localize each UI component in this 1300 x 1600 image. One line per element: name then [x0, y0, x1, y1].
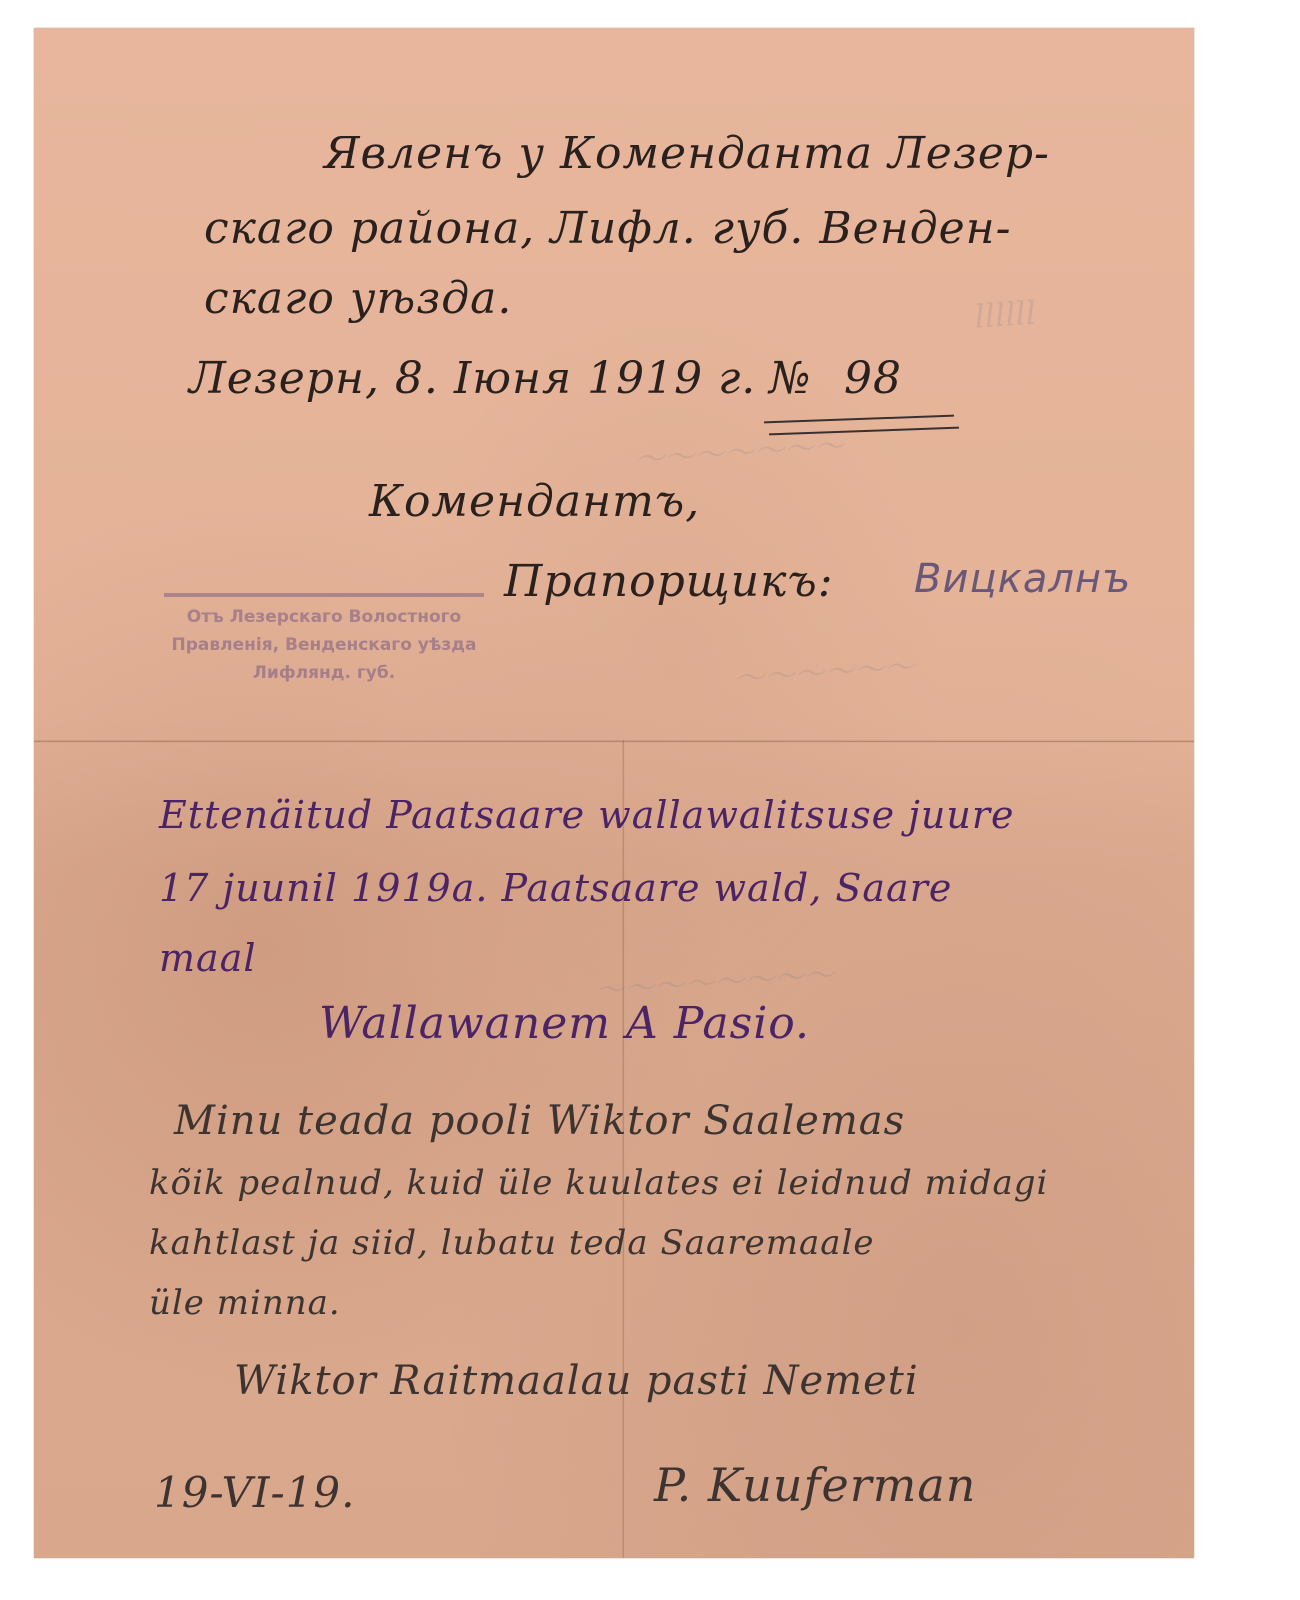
vertical-fold: [622, 740, 625, 1558]
body-postscript: Wiktor Raitmaalau pasti Nemeti: [234, 1358, 919, 1404]
document-paper: ꞁꞁꞁꞁꞁꞁ ～～～～～～～ ～～～～～～ ～～～～～～～～ Явленъ у …: [34, 28, 1194, 1558]
number-value: 98: [844, 353, 902, 404]
place-date: Лезерн, 8. Іюня 1919 г.: [189, 353, 756, 404]
commandant-signature: Вицкалнъ: [914, 556, 1131, 602]
header-line-3: скаго уѣзда.: [204, 273, 512, 324]
estonian-note-line-2: 17 juunil 1919a. Paatsaare wald, Saare: [159, 866, 952, 910]
commandant-title: Комендантъ,: [369, 476, 700, 527]
body-signature: P. Kuuferman: [654, 1458, 976, 1512]
bleed-through-text: ꞁꞁꞁꞁꞁꞁ: [973, 286, 1037, 328]
volost-stamp: Отъ Лезерскаго Волостного Правленія, Вен…: [124, 593, 524, 687]
bleed-through-text: ～～～～～～: [733, 642, 916, 698]
horizontal-fold: [34, 740, 1194, 743]
estonian-note-line-3: maal: [159, 936, 257, 980]
body-line-4: üle minna.: [149, 1283, 341, 1323]
number-underline: [764, 415, 954, 424]
estonian-note-signature: Wallawanem A Pasio.: [319, 998, 810, 1049]
body-date: 19-VI-19.: [154, 1468, 356, 1517]
body-line-3: kahtlast ja siid, lubatu teda Saaremaale: [149, 1223, 874, 1263]
stamp-line-3: Лифлянд. губ.: [124, 659, 524, 687]
header-line-1: Явленъ у Коменданта Лезер-: [324, 128, 1050, 179]
stamp-rule: [164, 593, 484, 597]
number-label: №: [769, 353, 812, 404]
body-line-1: Minu teada pooli Wiktor Saalemas: [174, 1098, 905, 1144]
body-line-2: kõik pealnud, kuid üle kuulates ei leidn…: [149, 1163, 1048, 1203]
bleed-through-text: ～～～～～～～: [633, 421, 846, 480]
stamp-line-2: Правленія, Венденскаго уѣзда: [124, 631, 524, 659]
commandant-rank: Прапорщикъ:: [504, 556, 834, 607]
stamp-line-1: Отъ Лезерскаго Волостного: [124, 603, 524, 631]
header-line-2: скаго района, Лифл. губ. Венден-: [204, 203, 1011, 254]
estonian-note-line-1: Ettenäitud Paatsaare wallawalitsuse juur…: [159, 793, 1015, 837]
